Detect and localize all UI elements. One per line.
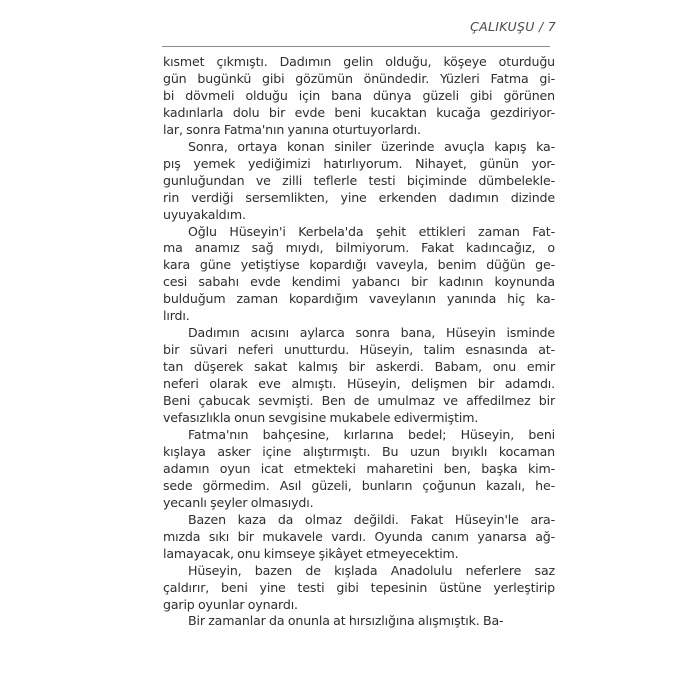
text-line: lamayacak, onu kimseye şikâyet etmeyecek… <box>163 546 555 563</box>
text-line: mızda sıkı bir mukavele vardı. Oyunda ca… <box>163 529 555 546</box>
text-line: kışlaya asker içine alıştırmıştı. Bu uzu… <box>163 444 555 461</box>
body-text: kısmet çıkmıştı. Dadımın gelin olduğu, k… <box>163 54 555 630</box>
text-line: çaldırır, beni yine testi gibi tepesinin… <box>163 580 555 597</box>
text-line: sede görmedim. Asıl güzeli, bunların çoğ… <box>163 478 555 495</box>
text-line: lar, sonra Fatma'nın yanına oturtuyorlar… <box>163 122 555 139</box>
text-line: yecanlı şeyler olmasıydı. <box>163 495 555 512</box>
text-line: rin verdiği sersemlikten, yine erkenden … <box>163 190 555 207</box>
text-line: Oğlu Hüseyin'i Kerbela'da şehit ettikler… <box>163 224 555 241</box>
text-line: bulduğum zaman kopardığım vaveylanın yan… <box>163 291 555 308</box>
text-line: pış yemek yediğimizi hatırlıyorum. Nihay… <box>163 156 555 173</box>
text-line: adamın oyun icat etmekteki maharetini be… <box>163 461 555 478</box>
text-line: uyuyakaldım. <box>163 207 555 224</box>
text-line: gunluğundan ve zilli teflerle testi biçi… <box>163 173 555 190</box>
text-line: kısmet çıkmıştı. Dadımın gelin olduğu, k… <box>163 54 555 71</box>
text-line: ma anamız sağ mıydı, bilmiyorum. Fakat k… <box>163 240 555 257</box>
text-line: Beni çabucak sevmişti. Ben de umulmaz ve… <box>163 393 555 410</box>
text-line: lırdı. <box>163 308 555 325</box>
text-line: Sonra, ortaya konan siniler üzerinde avu… <box>163 139 555 156</box>
text-line: bi dövmeli olduğu için bana dünya güzeli… <box>163 88 555 105</box>
text-line: vefasızlıkla onun sevgisine mukabele edi… <box>163 410 555 427</box>
text-line: Fatma'nın bahçesine, kırlarına bedel; Hü… <box>163 427 555 444</box>
header-rule <box>162 46 550 47</box>
text-line: Hüseyin, bazen de kışlada Anadolulu nefe… <box>163 563 555 580</box>
text-line: tan düşerek sakat kalmış bir askerdi. Ba… <box>163 359 555 376</box>
text-line: kadınlarla dolu bir evde beni kucaktan k… <box>163 105 555 122</box>
book-page: ÇALIKUŞU / 7 kısmet çıkmıştı. Dadımın ge… <box>0 0 700 700</box>
text-line: bir süvari neferi unutturdu. Hüseyin, ta… <box>163 342 555 359</box>
text-line: garip oyunlar oynardı. <box>163 597 555 614</box>
running-head: ÇALIKUŞU / 7 <box>470 19 556 34</box>
text-line: Bir zamanlar da onunla at hırsızlığına a… <box>163 613 555 630</box>
text-line: Bazen kaza da olmaz değildi. Fakat Hüsey… <box>163 512 555 529</box>
text-line: gün bugünkü gibi gözümün önündedir. Yüzl… <box>163 71 555 88</box>
text-line: kara güne yetiştiyse kopardığı vaveyla, … <box>163 257 555 274</box>
text-line: neferi olarak eve almıştı. Hüseyin, deli… <box>163 376 555 393</box>
text-line: Dadımın acısını aylarca sonra bana, Hüse… <box>163 325 555 342</box>
text-line: cesi sabahı evde kendimi yabancı bir kad… <box>163 274 555 291</box>
